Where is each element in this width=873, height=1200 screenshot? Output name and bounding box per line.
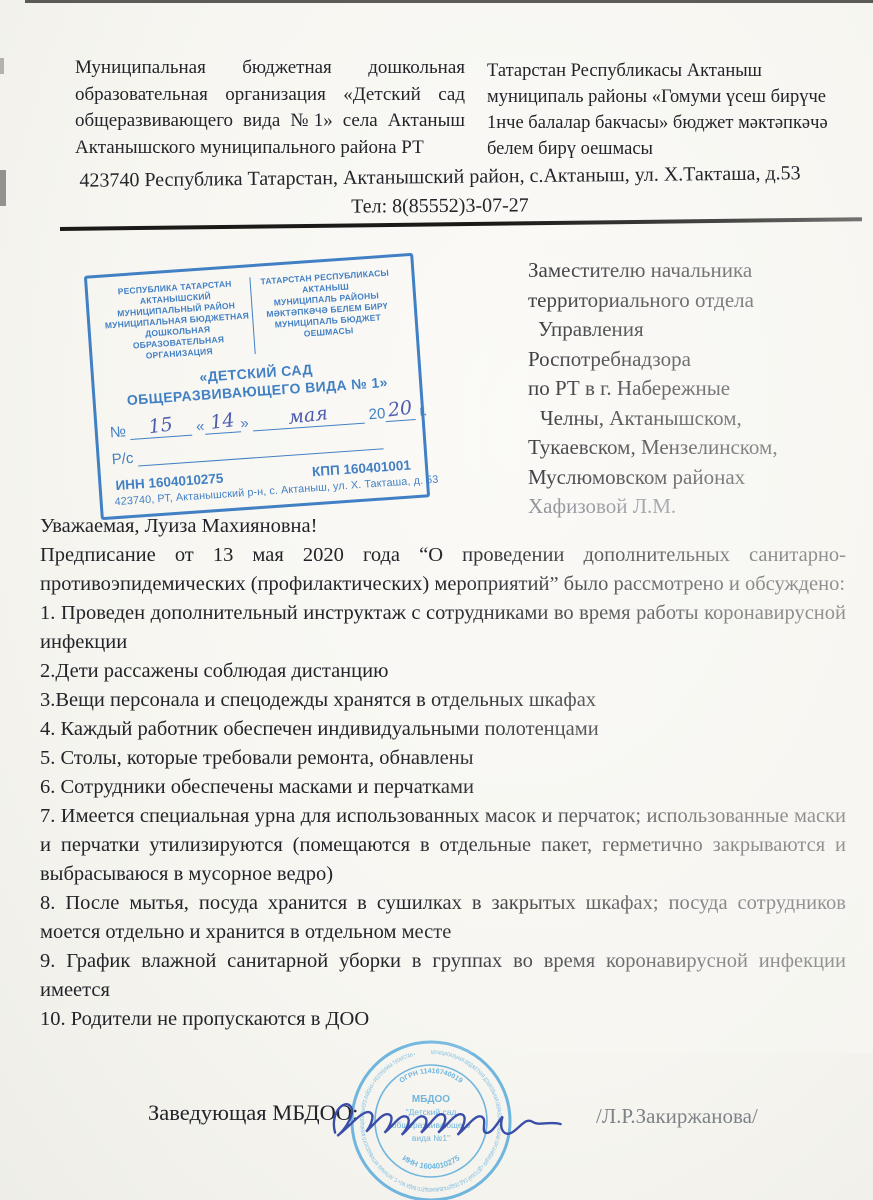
org-phone: Тел: 8(85552)3-07-27 bbox=[40, 192, 840, 221]
stamp-left-column: РЕСПУБЛИКА ТАТАРСТАН АКТАНЫШСКИЙ МУНИЦИП… bbox=[100, 277, 255, 364]
stamp-day-blank: 14 bbox=[204, 411, 241, 434]
stamp-no-label: № bbox=[109, 423, 126, 441]
scanned-letter-page: Муниципальная бюджетная дошкольная образ… bbox=[0, 0, 873, 1200]
addressee-block: Заместителю начальника территориального … bbox=[528, 256, 862, 522]
stamp-inn-arc: ИНН 1604010275 bbox=[401, 1153, 462, 1171]
signature-stroke bbox=[334, 1104, 561, 1136]
stamp-rs-label: Р/с bbox=[111, 450, 134, 468]
intro-paragraph: Предписание от 13 мая 2020 года “О прове… bbox=[40, 541, 846, 599]
salutation: Уважаемая, Луиза Махияновна! bbox=[40, 512, 846, 541]
list-item: 5. Столы, которые требовали ремонта, обн… bbox=[40, 744, 846, 773]
addressee-line: Челны, Актанышском, bbox=[528, 404, 862, 434]
addressee-line: Управления bbox=[528, 315, 862, 345]
scan-edge-artifact-left-2 bbox=[0, 58, 4, 74]
list-item: 4. Каждый работник обеспечен индивидуаль… bbox=[40, 715, 846, 744]
list-item: 10. Родители не пропускаются в ДОО bbox=[40, 1005, 846, 1034]
org-name-russian: Муниципальная бюджетная дошкольная образ… bbox=[75, 55, 465, 161]
stamp-year-prefix: 20 bbox=[368, 405, 386, 423]
stamp-no-blank: 15 bbox=[129, 415, 192, 440]
list-item: 1. Проведен дополнительный инструктаж с … bbox=[40, 599, 846, 657]
handwritten-doc-number: 15 bbox=[148, 416, 174, 435]
stamp-month-blank: мая bbox=[252, 403, 365, 432]
handwritten-year: 20 bbox=[387, 400, 413, 419]
org-address: 423740 Республика Татарстан, Актанышский… bbox=[40, 162, 840, 193]
svg-text:ИНН 1604010275: ИНН 1604010275 bbox=[401, 1153, 462, 1171]
list-item: 9. График влажной санитарной уборки в гр… bbox=[40, 947, 846, 1005]
handwritten-day: 14 bbox=[209, 412, 235, 431]
list-item: 7. Имеется специальная урна для использо… bbox=[40, 802, 846, 889]
addressee-line: по РТ в г. Набережные bbox=[528, 374, 862, 404]
scan-edge-artifact-left bbox=[0, 170, 6, 206]
signature-transcript: /Л.Р.Закиржанова/ bbox=[596, 1104, 758, 1129]
org-name-tatar: Татарстан Республикасы Актаныш муниципал… bbox=[487, 58, 843, 162]
addressee-line: Роспотребнадзора bbox=[528, 345, 862, 375]
rectangular-org-stamp: РЕСПУБЛИКА ТАТАРСТАН АКТАНЫШСКИЙ МУНИЦИП… bbox=[84, 253, 430, 520]
handwritten-signature bbox=[325, 1094, 575, 1152]
addressee-line: Муслюмовском районах bbox=[528, 463, 862, 493]
list-item: 6. Сотрудники обеспечены масками и перча… bbox=[40, 773, 846, 802]
addressee-line: территориального отдела bbox=[528, 286, 862, 316]
addressee-line: Заместителю начальника bbox=[528, 256, 862, 286]
stamp-year-blank: 20 bbox=[384, 399, 415, 422]
stamp-year-suffix: г. bbox=[419, 402, 428, 420]
stamp-right-column: ТАТАРСТАН РЕСПУБЛИКАСЫ АКТАНЫШ МУНИЦИПАЛ… bbox=[249, 267, 405, 354]
list-item: 2.Дети рассажены соблюдая дистанцию bbox=[40, 657, 846, 686]
stamp-quote-close: » bbox=[240, 415, 250, 433]
scan-edge-artifact-top bbox=[25, 0, 873, 3]
letter-body: Уважаемая, Луиза Махияновна! Предписание… bbox=[40, 512, 846, 1034]
addressee-line: Тукаевском, Мензелинском, bbox=[528, 433, 862, 463]
list-item: 8. После мытья, посуда хранится в сушилк… bbox=[40, 889, 846, 947]
list-item: 3.Вещи персонала и спецодежды хранятся в… bbox=[40, 686, 846, 715]
handwritten-month: мая bbox=[288, 405, 329, 426]
